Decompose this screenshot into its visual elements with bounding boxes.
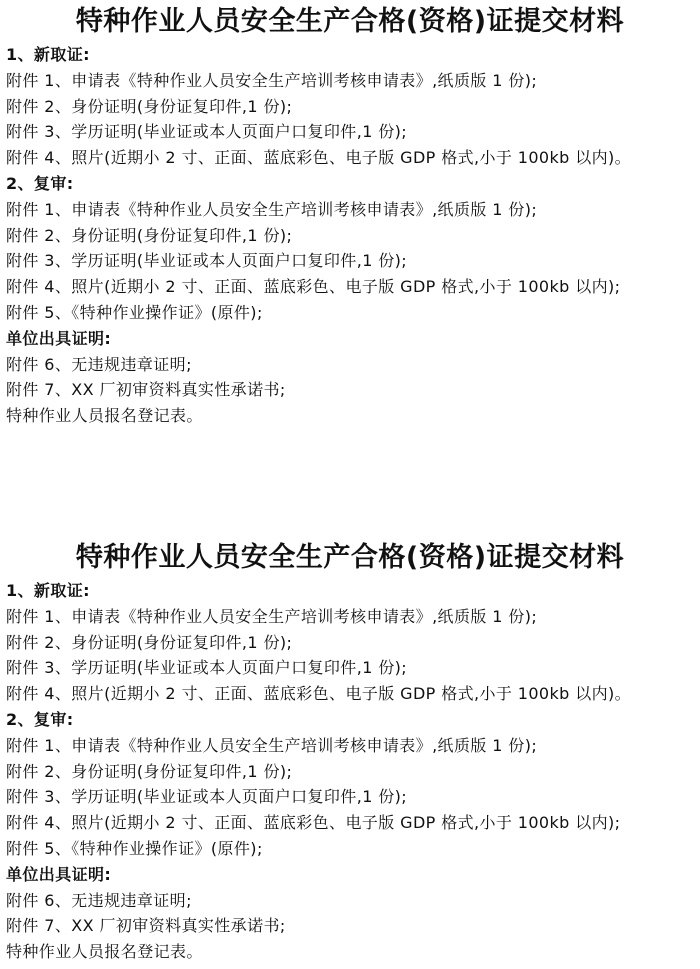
list-item: 附件 1、申请表《特种作业人员安全生产培训考核申请表》,纸质版 1 份); [0, 733, 700, 759]
list-item: 附件 6、无违规违章证明; [0, 888, 700, 914]
list-item: 附件 3、学历证明(毕业证或本人页面户口复印件,1 份); [0, 784, 700, 810]
list-item: 附件 4、照片(近期小 2 寸、正面、蓝底彩色、电子版 GDP 格式,小于 10… [0, 810, 700, 836]
list-item: 附件 2、身份证明(身份证复印件,1 份); [0, 759, 700, 785]
list-item: 特种作业人员报名登记表。 [0, 403, 700, 429]
list-item: 附件 6、无违规违章证明; [0, 352, 700, 378]
section-heading: 2、复审: [0, 171, 700, 197]
list-item: 附件 4、照片(近期小 2 寸、正面、蓝底彩色、电子版 GDP 格式,小于 10… [0, 145, 700, 171]
document-block-1: 特种作业人员安全生产合格(资格)证提交材料 1、新取证:附件 1、申请表《特种作… [0, 2, 700, 429]
section-heading: 2、复审: [0, 707, 700, 733]
list-item: 附件 1、申请表《特种作业人员安全生产培训考核申请表》,纸质版 1 份); [0, 68, 700, 94]
material-list: 1、新取证:附件 1、申请表《特种作业人员安全生产培训考核申请表》,纸质版 1 … [0, 578, 700, 965]
section-heading: 1、新取证: [0, 578, 700, 604]
section-heading: 单位出具证明: [0, 326, 700, 352]
list-item: 附件 1、申请表《特种作业人员安全生产培训考核申请表》,纸质版 1 份); [0, 197, 700, 223]
list-item: 附件 2、身份证明(身份证复印件,1 份); [0, 630, 700, 656]
list-item: 附件 3、学历证明(毕业证或本人页面户口复印件,1 份); [0, 655, 700, 681]
list-item: 附件 2、身份证明(身份证复印件,1 份); [0, 94, 700, 120]
section-heading: 1、新取证: [0, 42, 700, 68]
list-item: 附件 4、照片(近期小 2 寸、正面、蓝底彩色、电子版 GDP 格式,小于 10… [0, 274, 700, 300]
list-item: 附件 1、申请表《特种作业人员安全生产培训考核申请表》,纸质版 1 份); [0, 604, 700, 630]
document-block-2: 特种作业人员安全生产合格(资格)证提交材料 1、新取证:附件 1、申请表《特种作… [0, 538, 700, 965]
list-item: 特种作业人员报名登记表。 [0, 939, 700, 965]
list-item: 附件 5、《特种作业操作证》(原件); [0, 836, 700, 862]
list-item: 附件 3、学历证明(毕业证或本人页面户口复印件,1 份); [0, 119, 700, 145]
material-list: 1、新取证:附件 1、申请表《特种作业人员安全生产培训考核申请表》,纸质版 1 … [0, 42, 700, 429]
list-item: 附件 5、《特种作业操作证》(原件); [0, 300, 700, 326]
list-item: 附件 4、照片(近期小 2 寸、正面、蓝底彩色、电子版 GDP 格式,小于 10… [0, 681, 700, 707]
document-title: 特种作业人员安全生产合格(资格)证提交材料 [0, 2, 700, 42]
section-heading: 单位出具证明: [0, 862, 700, 888]
list-item: 附件 2、身份证明(身份证复印件,1 份); [0, 223, 700, 249]
list-item: 附件 3、学历证明(毕业证或本人页面户口复印件,1 份); [0, 248, 700, 274]
list-item: 附件 7、XX 厂初审资料真实性承诺书; [0, 377, 700, 403]
document-title: 特种作业人员安全生产合格(资格)证提交材料 [0, 538, 700, 578]
list-item: 附件 7、XX 厂初审资料真实性承诺书; [0, 913, 700, 939]
